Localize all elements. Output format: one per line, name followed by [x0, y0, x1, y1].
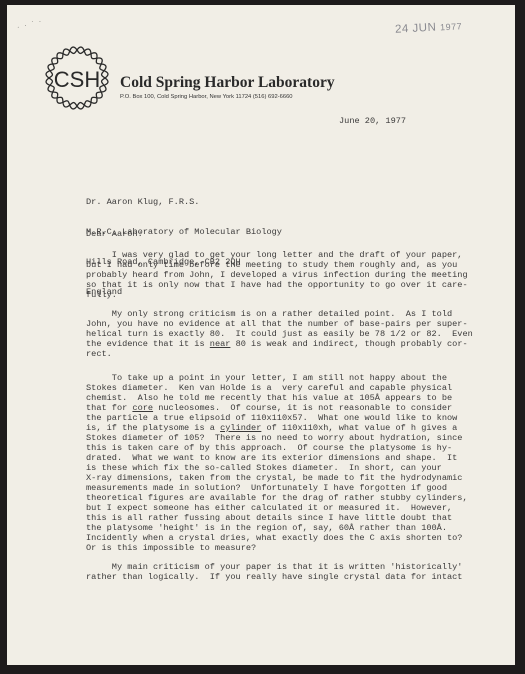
underlined-word: near: [210, 339, 231, 349]
paragraph: To take up a point in your letter, I am …: [86, 373, 468, 553]
paragraph-line: this is all rather fussing about details…: [86, 513, 468, 523]
csh-logo-icon: CSH: [42, 43, 112, 113]
paragraph-line: is these which fix the so-called Stokes …: [86, 463, 468, 473]
paragraph-line: this is taken care of by this approach. …: [86, 443, 468, 453]
paragraph: My main criticism of your paper is that …: [86, 562, 462, 582]
paragraph-line: but I had only time before the meeting t…: [86, 260, 468, 270]
stamp-day-month: 24 JUN: [395, 22, 437, 36]
organization-name: Cold Spring Harbor Laboratory: [120, 74, 335, 92]
underlined-word: cylinder: [220, 423, 261, 433]
paragraph-line: probably heard from John, I developed a …: [86, 270, 468, 280]
paragraph-line: the particle a true elipsoid of 110x110x…: [86, 413, 468, 423]
paragraph-line: X-ray dimensions, taken from the crystal…: [86, 473, 468, 483]
paragraph-line: theoretical figures are available for th…: [86, 493, 468, 503]
paragraph-line: Incidently when a crystal dries, what ex…: [86, 533, 468, 543]
svg-text:CSH: CSH: [54, 67, 100, 92]
recipient-line: Dr. Aaron Klug, F.R.S.: [86, 197, 282, 207]
paragraph-line: My main criticism of your paper is that …: [86, 562, 462, 572]
paragraph-line: My only strong criticism is on a rather …: [86, 309, 473, 319]
paragraph: I was very glad to get your long letter …: [86, 250, 468, 300]
paragraph-line: but I expect someone has either calculat…: [86, 503, 468, 513]
paragraph-line: Stokes diameter of 105? There is no need…: [86, 433, 468, 443]
paragraph-line: is, if the platysome is a cylinder of 11…: [86, 423, 468, 433]
paragraph-line: John, you have no evidence at all that t…: [86, 319, 473, 329]
paragraph-line: measurements made in solution? Unfortuna…: [86, 483, 468, 493]
paragraph: My only strong criticism is on a rather …: [86, 309, 473, 359]
paragraph-line: rather than logically. If you really hav…: [86, 572, 462, 582]
paragraph-line: To take up a point in your letter, I am …: [86, 373, 468, 383]
underlined-word: core: [132, 403, 153, 413]
paragraph-line: Or is this impossible to measure?: [86, 543, 468, 553]
paragraph-line: I was very glad to get your long letter …: [86, 250, 468, 260]
paragraph-line: chemist. Also he told me recently that h…: [86, 393, 468, 403]
paragraph-line: drated. What we want to know are its ext…: [86, 453, 468, 463]
paragraph-line: the platysome 'height' is in the region …: [86, 523, 468, 533]
salutation: Dear Aaron:: [86, 229, 143, 239]
letter-date: June 20, 1977: [339, 116, 406, 126]
paragraph-line: fully.: [86, 290, 468, 300]
paragraph-line: the evidence that it is near 80 is weak …: [86, 339, 473, 349]
paragraph-line: rect.: [86, 349, 473, 359]
stamp-year: 1977: [440, 21, 463, 32]
paragraph-line: so that it is only now that I have had t…: [86, 280, 468, 290]
paragraph-line: helical turn is exactly 80. It could jus…: [86, 329, 473, 339]
organization-address: P.O. Box 100, Cold Spring Harbor, New Yo…: [120, 94, 293, 100]
paragraph-line: Stokes diameter. Ken van Holde is a very…: [86, 383, 468, 393]
paragraph-line: that for core nucleosomes. Of course, it…: [86, 403, 468, 413]
